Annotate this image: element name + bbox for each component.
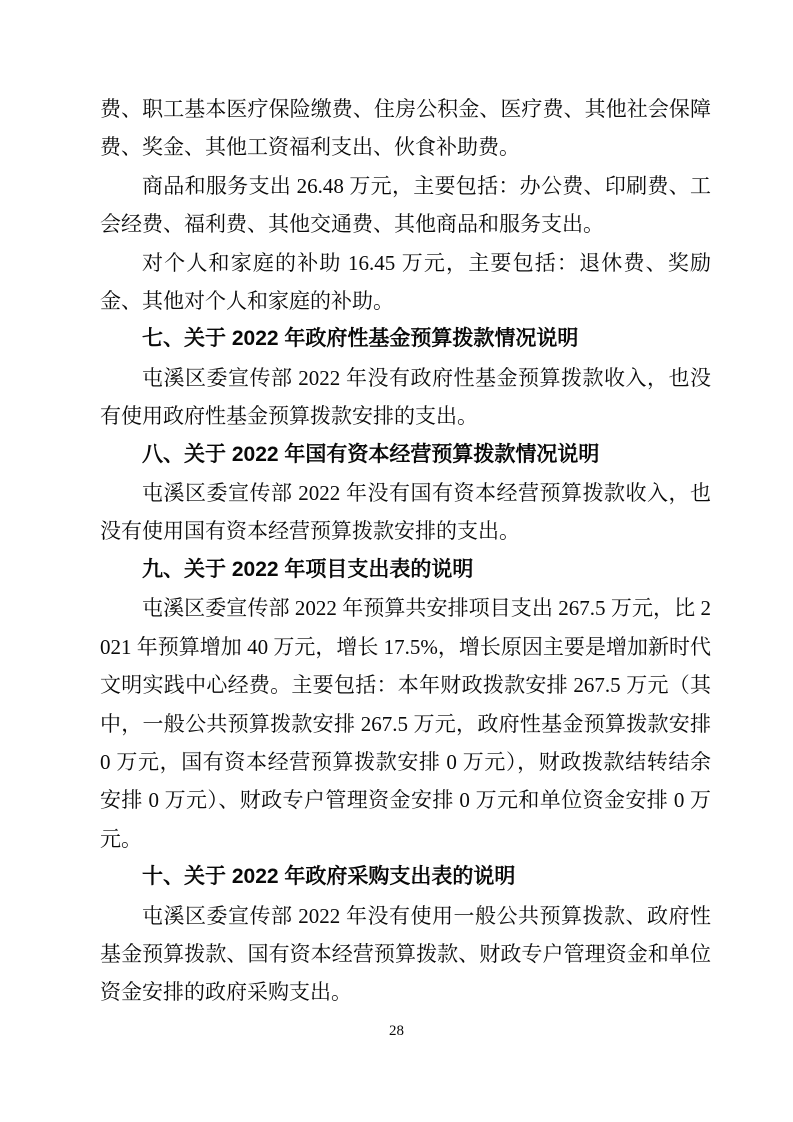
paragraph: 屯溪区委宣传部 2022 年没有国有资本经营预算拨款收入，也没有使用国有资本经营… (100, 474, 711, 551)
page-footer: 28 (0, 1020, 793, 1042)
paragraph: 屯溪区委宣传部 2022 年没有政府性基金预算拨款收入，也没有使用政府性基金预算… (100, 359, 711, 436)
section-heading: 七、关于 2022 年政府性基金预算拨款情况说明 (100, 320, 711, 358)
section-heading: 九、关于 2022 年项目支出表的说明 (100, 551, 711, 589)
paragraph: 屯溪区委宣传部 2022 年预算共安排项目支出 267.5 万元，比 2021 … (100, 589, 711, 858)
paragraph: 费、职工基本医疗保险缴费、住房公积金、医疗费、其他社会保障费、奖金、其他工资福利… (100, 90, 711, 167)
paragraph: 对个人和家庭的补助 16.45 万元，主要包括：退休费、奖励金、其他对个人和家庭… (100, 244, 711, 321)
document-page: 费、职工基本医疗保险缴费、住房公积金、医疗费、其他社会保障费、奖金、其他工资福利… (0, 0, 793, 1122)
page-number: 28 (389, 1023, 404, 1039)
section-heading: 十、关于 2022 年政府采购支出表的说明 (100, 858, 711, 896)
document-content: 费、职工基本医疗保险缴费、住房公积金、医疗费、其他社会保障费、奖金、其他工资福利… (100, 90, 711, 1012)
paragraph: 商品和服务支出 26.48 万元，主要包括：办公费、印刷费、工会经费、福利费、其… (100, 167, 711, 244)
section-heading: 八、关于 2022 年国有资本经营预算拨款情况说明 (100, 436, 711, 474)
paragraph: 屯溪区委宣传部 2022 年没有使用一般公共预算拨款、政府性基金预算拨款、国有资… (100, 897, 711, 1012)
